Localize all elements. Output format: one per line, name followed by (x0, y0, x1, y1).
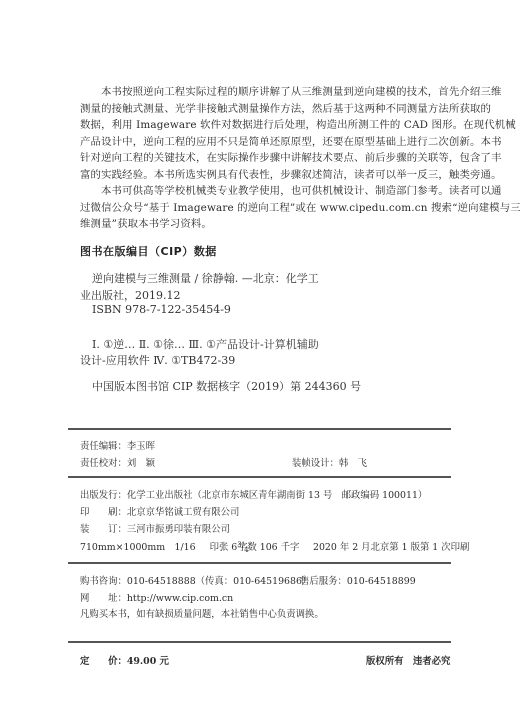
description-line: 维测量”获取本书学习资料。 (80, 216, 452, 233)
book-description: 本书按照逆向工程实际过程的顺序讲解了从三维测量到逆向建模的技术，首先介绍三维 测… (80, 84, 452, 233)
format-info: 710mm×1000mm 1/16 印张 63/4 (80, 539, 249, 553)
divider (68, 562, 451, 564)
responsible-proofreader: 责任校对：刘 颖 (80, 455, 155, 469)
divider (68, 428, 451, 430)
copyright-notice: 版权所有 违者必究 (366, 653, 450, 667)
publisher-info: 出版发行：化学工业出版社（北京市东城区青年湖南街 13 号 邮政编码 10001… (80, 487, 427, 501)
description-line: 数据，利用 Imageware 软件对数据进行后处理，构造出所测工件的 CAD … (80, 117, 452, 134)
edition-info: 2020 年 2 月北京第 1 版第 1 次印刷 (313, 539, 469, 553)
cip-heading: 图书在版编目（CIP）数据 (80, 243, 217, 259)
quality-notice: 凡购买本书，如有缺损质量问题，本社销售中心负责调换。 (80, 606, 324, 620)
cip-record-number: 中国版本图书馆 CIP 数据核字（2019）第 244360 号 (92, 378, 361, 394)
description-line: 测量的接触式测量、光学非接触式测量操作方法，然后基于这两种不同测量方法所获取的 (80, 101, 452, 118)
description-line: 产品设计中，逆向工程的应用不只是简单还原原型，还要在原型基础上进行二次创新。本书 (80, 134, 452, 151)
cover-designer: 装帧设计：韩 飞 (292, 455, 367, 469)
cip-classification-line: 设计-应用软件 Ⅳ. ①TB472-39 (80, 352, 235, 368)
description-line: 过微信公众号“基于 Imageware 的逆向工程”或在 www.cipedu.… (80, 200, 452, 217)
description-line: 针对逆向工程的关键技术，在实际操作步骤中讲解技术要点、前后步骤的关联等，包含了丰 (80, 150, 452, 167)
website: 网 址：http://www.cip.com.cn (80, 590, 233, 604)
paper-format: 710mm×1000mm 1/16 (80, 542, 196, 553)
sheets-label: 印张 6 (210, 542, 238, 553)
cip-classification-line: Ⅰ. ①逆… Ⅱ. ①徐… Ⅲ. ①产品设计-计算机辅助 (92, 336, 319, 352)
description-line: 本书按照逆向工程实际过程的顺序讲解了从三维测量到逆向建模的技术，首先介绍三维 (80, 84, 452, 101)
description-line: 本书可供高等学校机械类专业教学使用，也可供机械设计、制造部门参考。读者可以通 (80, 183, 452, 200)
divider (68, 476, 451, 478)
price: 定 价：49.00 元 (80, 653, 169, 667)
cip-isbn: ISBN 978-7-122-35454-9 (92, 303, 231, 316)
cip-title-line: 逆向建模与三维测量 / 徐静翰. —北京：化学工 (92, 270, 319, 286)
divider (68, 641, 451, 643)
responsible-editor: 责任编辑：李玉晖 (80, 438, 155, 452)
printer-info: 印 刷：北京京华铭诚工贸有限公司 (80, 504, 239, 518)
binder-info: 装 订：三河市振勇印装有限公司 (80, 521, 230, 535)
word-count: 字数 106 千字 (238, 539, 299, 553)
purchase-hotline: 购书咨询：010-64518888（传真：010-64519686） (80, 573, 311, 587)
cip-publisher-line: 业出版社，2019.12 (80, 287, 181, 303)
description-line: 富的实践经验。本书所选实例具有代表性，步骤叙述简洁，读者可以举一反三，触类旁通。 (80, 167, 452, 184)
after-sales-hotline: 售后服务：010-64518899 (300, 573, 416, 587)
